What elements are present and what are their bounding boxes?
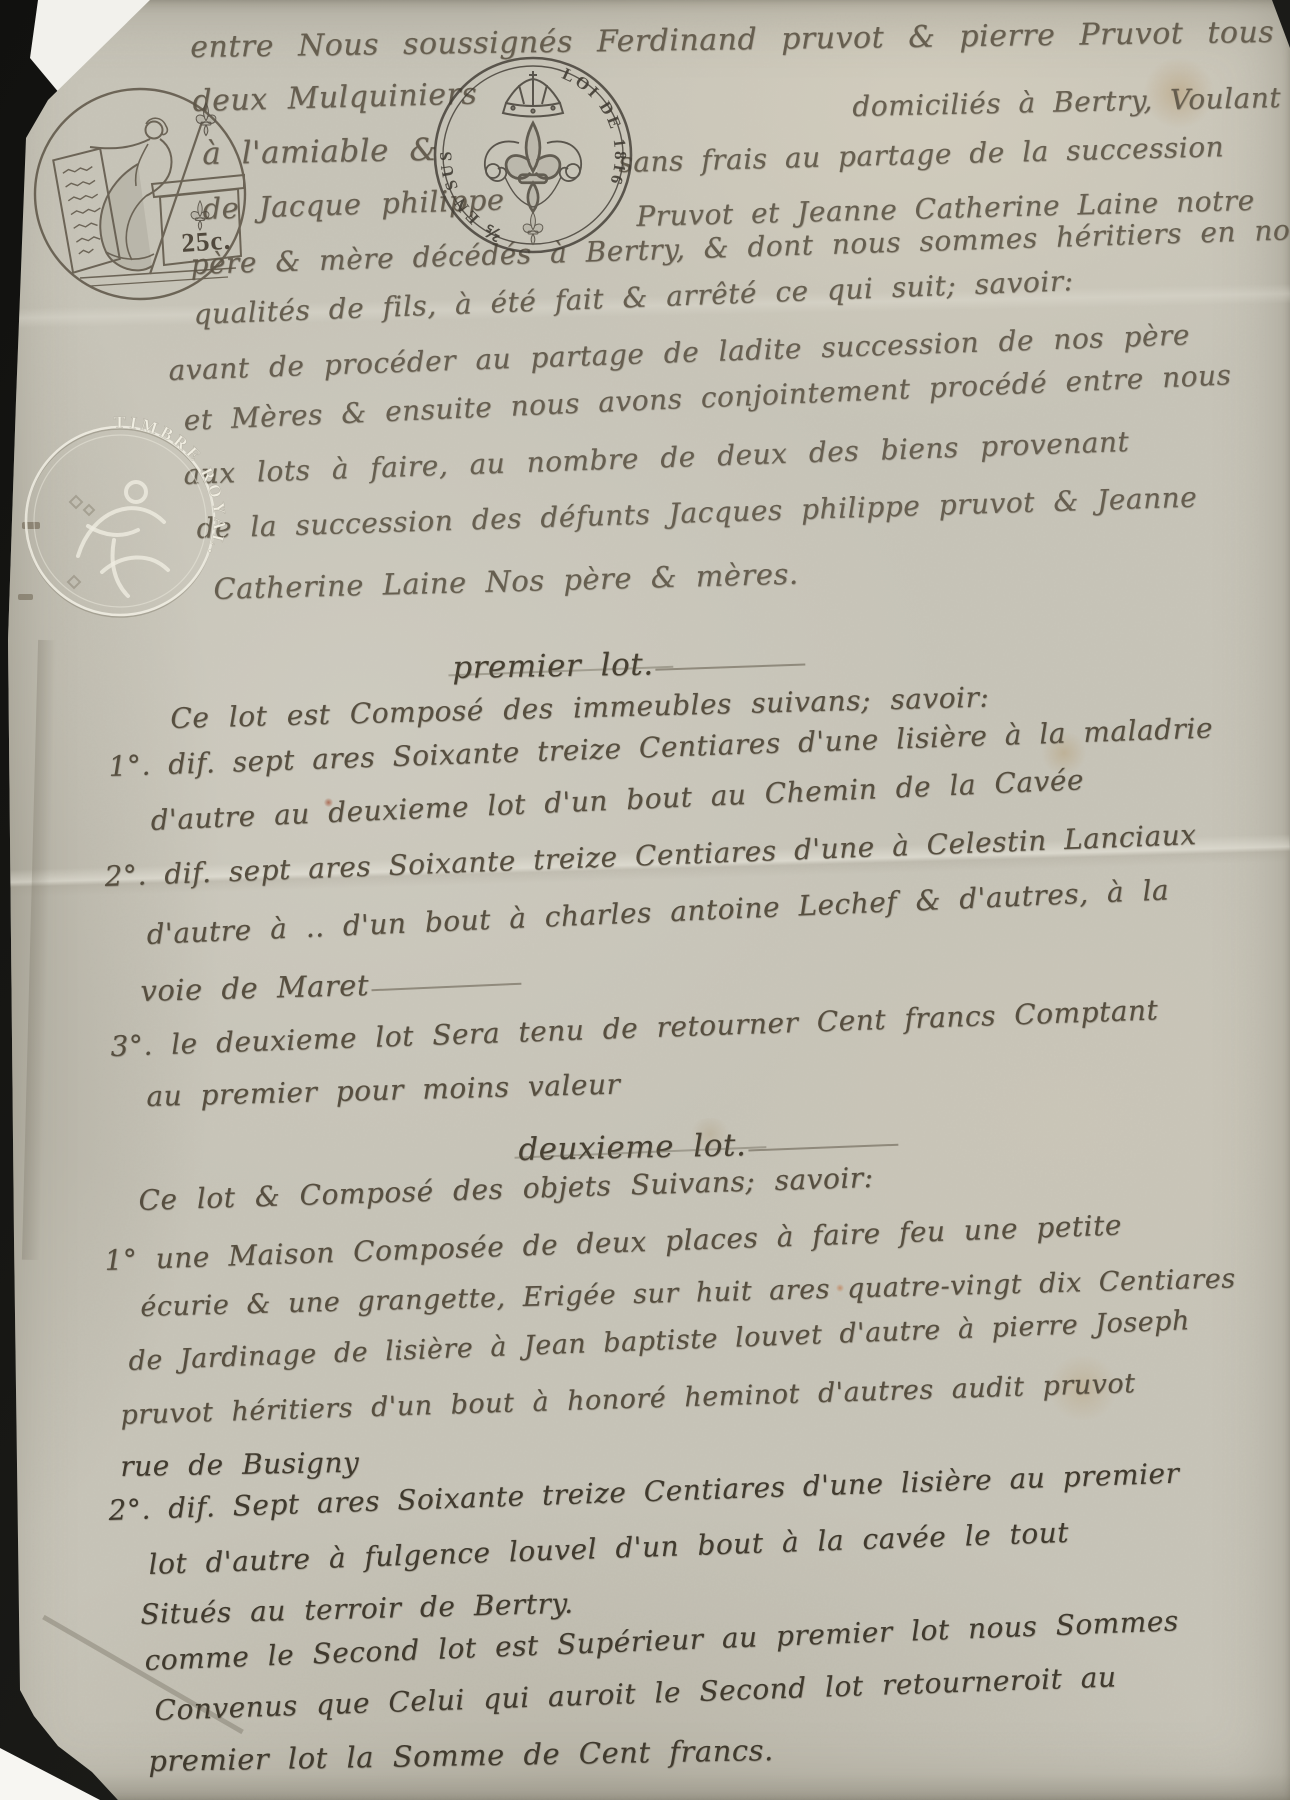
svg-text:TIMBRE ROYAL.: TIMBRE ROYAL. bbox=[114, 413, 229, 562]
embossed-royal-stamp: TIMBRE ROYAL. bbox=[18, 406, 222, 636]
section-heading: premier lot. bbox=[452, 646, 654, 686]
manuscript-line: Situés au terroir de Bertry. bbox=[140, 1587, 574, 1631]
fleur-de-lis-icon bbox=[506, 123, 560, 212]
manuscript-line: lot d'autre à fulgence louvel d'un bout … bbox=[148, 1516, 1069, 1581]
scan-background: entre Nous soussignés Ferdinand pruvot &… bbox=[0, 0, 1290, 1800]
manuscript-line: aux lots à faire, au nombre de deux des … bbox=[183, 425, 1130, 491]
section-heading: deuxieme lot. bbox=[518, 1127, 747, 1168]
manuscript-line: domiciliés à Bertry, Voulant proceder bbox=[852, 78, 1290, 123]
oval-tax-stamp: ⅖ EN SUS LOI DE 1816 bbox=[430, 52, 636, 258]
manuscript-line: de la succession des défunts Jacques phi… bbox=[196, 481, 1198, 545]
manuscript-line: sans frais au partage de la succession bbox=[618, 130, 1225, 179]
embossed-stamp-legend: TIMBRE ROYAL. bbox=[114, 413, 229, 562]
manuscript-line: premier lot la Somme de Cent francs. bbox=[148, 1733, 774, 1778]
stamp-denomination: 25c. bbox=[180, 225, 232, 258]
manuscript-line: 1° une Maison Composée de deux places à … bbox=[104, 1208, 1122, 1277]
embossed-seated-figure bbox=[78, 482, 168, 596]
revenue-stamp-25c: 25c. bbox=[28, 82, 252, 306]
paper-crease bbox=[22, 640, 56, 1260]
svg-text:LOI DE 1816: LOI DE 1816 bbox=[559, 64, 630, 189]
manuscript-line: pruvot héritiers d'un bout à honoré hemi… bbox=[120, 1368, 1136, 1431]
manuscript-line: entre Nous soussignés Ferdinand pruvot &… bbox=[190, 15, 1274, 65]
manuscript-line: Catherine Laine Nos père & mères. bbox=[213, 557, 799, 606]
fleur-de-lis-small-icon bbox=[523, 212, 543, 244]
stamp-right-legend: LOI DE 1816 bbox=[559, 64, 630, 189]
crown-icon bbox=[503, 71, 563, 117]
paper-sheet: entre Nous soussignés Ferdinand pruvot &… bbox=[0, 0, 1290, 1800]
manuscript-line: rue de Busigny bbox=[120, 1446, 360, 1483]
manuscript-line: voie de Maret bbox=[140, 968, 369, 1008]
embossed-quatrefoils bbox=[68, 496, 94, 588]
manuscript-line: Ce lot & Composé des objets Suivans; sav… bbox=[138, 1161, 874, 1217]
manuscript-line: au premier pour moins valeur bbox=[146, 1068, 621, 1113]
